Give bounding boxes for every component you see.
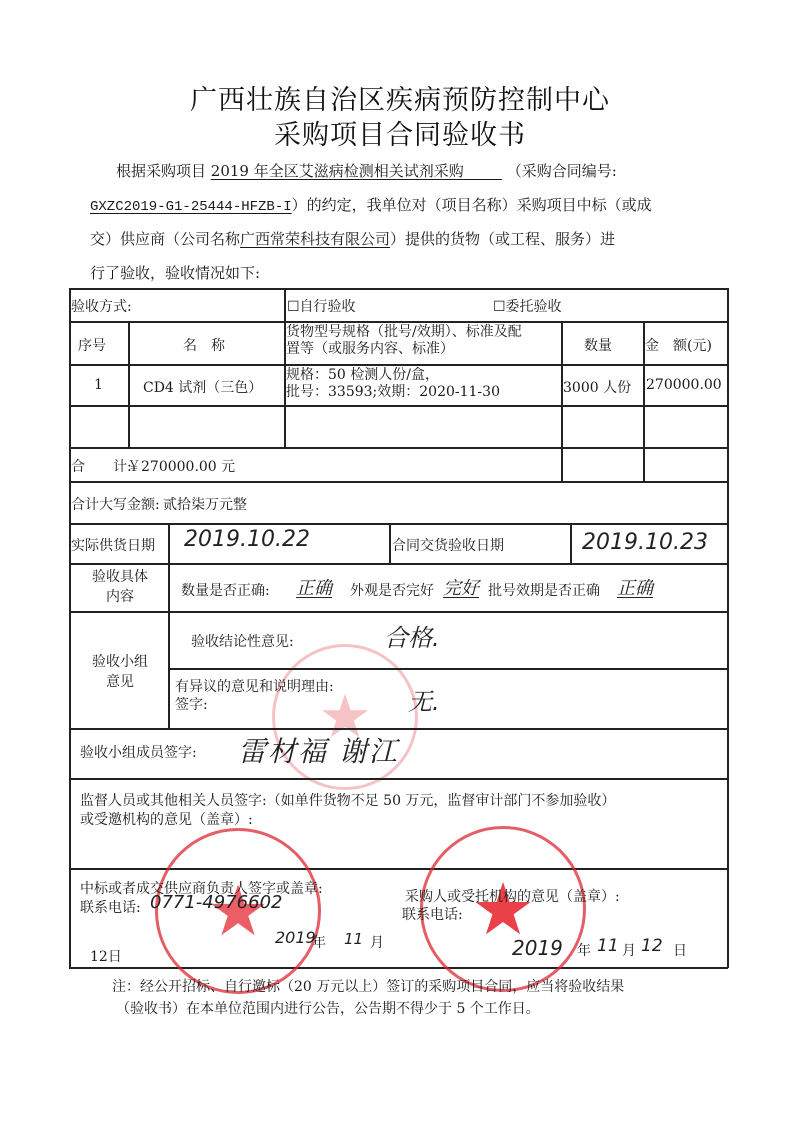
buyer-date-year: 2019 [512, 936, 563, 960]
intro-line2: ）的约定，我单位对（项目名称）采购项目中标（或成 [292, 196, 652, 214]
buyer-date-day: 12 [641, 936, 663, 956]
header-amount: 金 额(元) [645, 335, 712, 355]
supplier-phone-label: 联系电话: [80, 897, 141, 917]
header-spec: 货物型号规格（批号/效期）、标准及配 置等（或服务内容、标准） [286, 324, 522, 358]
intro-line3-suffix: ）提供的货物（或工程、服务）进 [390, 230, 615, 248]
intro-line3-prefix: 交）供应商（公司名称 [90, 230, 240, 248]
conclusion-label: 验收结论性意见: [191, 631, 294, 651]
objection-block: 有异议的意见和说明理由: 签字: [175, 678, 334, 714]
objection-label: 有异议的意见和说明理由: [175, 678, 334, 696]
header-name: 名 称 [183, 335, 225, 355]
method-entrust-checkbox[interactable]: ☐委托验收 [493, 296, 562, 316]
row-name: CD4 试剂（三色） [143, 377, 262, 397]
supplier-date-m-char: 月 [370, 932, 384, 952]
header-seq: 序号 [78, 335, 106, 355]
footnote-l1: 注：经公开招标、自行邀标（20 万元以上）签订的采购项目合同，应当将验收结果 [112, 976, 624, 996]
content-label-l1: 验收具体 [90, 567, 150, 587]
buyer-date-d-char: 日 [673, 940, 687, 960]
group-label-l2: 意见 [90, 672, 150, 692]
intro-paragraph: 根据采购项目 2019 年全区艾滋病检测相关试剂采购 （采购合同编号: GXZC… [90, 154, 730, 284]
buyer-label: 采购人或受托机构的意见（盖章）: [405, 886, 620, 906]
method-self-checkbox[interactable]: ☐自行验收 [287, 296, 356, 316]
appearance-label: 外观是否完好 [350, 580, 434, 600]
group-label-l1: 验收小组 [90, 652, 150, 672]
buyer-date-month: 11 [597, 936, 619, 956]
objection-value: 无. [408, 682, 440, 717]
row-spec-l2: 批号：33593;效期：2020-11-30 [286, 384, 500, 401]
actual-date-value: 2019.10.22 [184, 527, 310, 552]
document-subtitle: 采购项目合同验收书 [0, 113, 800, 152]
supervisor-l1: 监督人员或其他相关人员签字:（如单件货物不足 50 万元，监督审计部门不参加验收… [80, 792, 615, 811]
supplier-date-month: 11 [344, 930, 363, 948]
total-upper-label: 合计大写金额: [71, 494, 160, 514]
project-name: 2019 年全区艾滋病检测相关试剂采购 [211, 162, 464, 180]
supervisor-block: 监督人员或其他相关人员签字:（如单件货物不足 50 万元，监督审计部门不参加验收… [80, 792, 615, 830]
supplier-phone-value: 0771-4976602 [150, 892, 282, 913]
intro-line4: 行了验收，验收情况如下: [90, 256, 260, 290]
row-amount: 270000.00 [646, 377, 722, 393]
buyer-date-m-char: 月 [622, 940, 636, 960]
total-label: 合 计: [71, 456, 132, 476]
header-qty: 数量 [584, 335, 612, 355]
total-value: ￥270000.00 元 [127, 456, 235, 476]
members-signature: 雷材福 谢江 [238, 730, 399, 770]
contract-date-value: 2019.10.23 [582, 530, 708, 555]
intro-prefix: 根据采购项目 [116, 162, 206, 180]
group-label: 验收小组 意见 [90, 652, 150, 692]
buyer-date-y-char: 年 [577, 940, 591, 960]
row-seq: 1 [94, 377, 103, 393]
intro-suffix: （采购合同编号: [507, 162, 617, 180]
supplier-name: 广西常荣科技有限公司 [240, 230, 390, 248]
appearance-value: 完好 [443, 574, 479, 600]
batch-value: 正确 [617, 574, 653, 600]
document-title: 广西壮族自治区疾病预防控制中心 [0, 78, 800, 117]
actual-date-label: 实际供货日期 [71, 535, 155, 555]
row-spec-l1: 规格：50 检测人份/盒， [286, 367, 500, 384]
row-qty: 3000 人份 [563, 377, 631, 397]
supervisor-l2: 或受邀机构的意见（盖章）: [80, 811, 615, 830]
contract-number: GXZC2019-G1-25444-HFZB-I [90, 199, 292, 215]
content-label: 验收具体 内容 [90, 567, 150, 607]
supplier-date-year: 2019 [275, 928, 316, 947]
qty-check-label: 数量是否正确: [181, 580, 270, 600]
sign-label: 签字: [175, 696, 334, 714]
content-label-l2: 内容 [90, 587, 150, 607]
qty-check-value: 正确 [296, 574, 348, 600]
header-spec-l2: 置等（或服务内容、标准） [286, 341, 522, 358]
row-spec: 规格：50 检测人份/盒， 批号：33593;效期：2020-11-30 [286, 367, 500, 401]
footnote-l2: （验收书）在本单位范围内进行公告，公告期不得少于 5 个工作日。 [116, 998, 540, 1018]
total-upper-value: 贰拾柒万元整 [163, 494, 247, 514]
conclusion-value: 合格. [384, 618, 440, 653]
members-label: 验收小组成员签字: [80, 742, 197, 762]
header-spec-l1: 货物型号规格（批号/效期）、标准及配 [286, 324, 522, 341]
batch-label: 批号效期是否正确 [488, 580, 600, 600]
supplier-date-day: 12日 [90, 946, 122, 966]
buyer-phone-label: 联系电话: [402, 904, 463, 924]
supplier-date-y-char: 年 [312, 932, 326, 952]
contract-date-label: 合同交货验收日期 [392, 535, 504, 555]
method-label: 验收方式: [71, 296, 132, 316]
